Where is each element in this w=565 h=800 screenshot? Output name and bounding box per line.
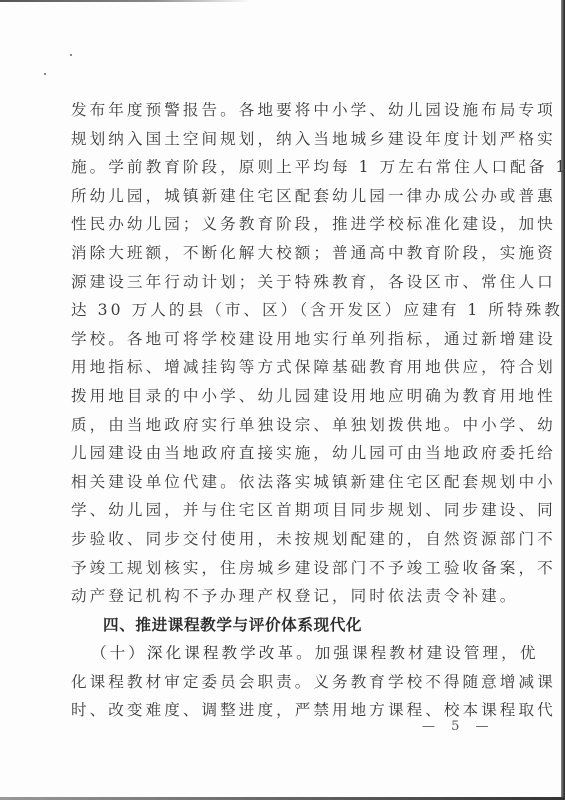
body-line: 性民办幼儿园；义务教育阶段，推进学校标准化建设，加快 bbox=[71, 210, 511, 239]
body-line: 发布年度预警报告。各地要将中小学、幼儿园设施布局专项 bbox=[71, 96, 511, 125]
subsection-first-line-text: 加强课程教材建设管理，优 bbox=[315, 644, 539, 662]
subsection-first-line: （十）深化课程教学改革。加强课程教材建设管理，优 bbox=[71, 639, 511, 668]
body-line: 学、幼儿园，并与住宅区首期项目同步规划、同步建设、同 bbox=[71, 496, 511, 525]
body-line: 规划纳入国土空间规划，纳入当地城乡建设年度计划严格实 bbox=[71, 125, 511, 154]
body-line: 相关建设单位代建。依法落实城镇新建住宅区配套规划中小 bbox=[71, 468, 511, 497]
scan-edge-top bbox=[0, 0, 250, 2]
body-line: 用地指标、增减挂钩等方式保障基础教育用地供应，符合划 bbox=[71, 353, 511, 382]
body-line: 步验收、同步交付使用，未按规划配建的，自然资源部门不 bbox=[71, 525, 511, 554]
body-line: 源建设三年行动计划；关于特殊教育，各设区市、常住人口 bbox=[71, 268, 511, 297]
body-line: 达 30 万人的县（市、区）（含开发区）应建有 1 所特殊教育 bbox=[71, 296, 511, 325]
body-line: 拨用地目录的中小学、幼儿园建设用地应明确为教育用地性 bbox=[71, 382, 511, 411]
body-line: 儿园建设由当地政府直接实施，幼儿园可由当地政府委托给 bbox=[71, 439, 511, 468]
body-line: 施。学前教育阶段，原则上平均每 1 万左右常住人口配备 1 bbox=[71, 153, 511, 182]
scan-speck bbox=[70, 54, 72, 56]
document-page: 发布年度预警报告。各地要将中小学、幼儿园设施布局专项 规划纳入国土空间规划，纳入… bbox=[71, 96, 511, 725]
body-line: 动产登记机构不予办理产权登记，同时依法责令补建。 bbox=[71, 582, 511, 611]
scan-speck bbox=[44, 73, 46, 75]
body-line: 予竣工规划核实，住房城乡建设部门不予竣工验收备案，不 bbox=[71, 554, 511, 583]
body-line: 质，由当地政府实行单独设宗、单独划拨供地。中小学、幼 bbox=[71, 411, 511, 440]
body-line: 学校。各地可将学校建设用地实行单列指标，通过新增建设 bbox=[71, 325, 511, 354]
subsection-label: （十）深化课程教学改革。 bbox=[91, 644, 315, 662]
page-number: — 5 — bbox=[422, 719, 495, 734]
scan-edge-right bbox=[561, 0, 565, 800]
body-line: 化课程教材审定委员会职责。义务教育学校不得随意增减课 bbox=[71, 668, 511, 697]
body-line: 消除大班额，不断化解大校额；普通高中教育阶段，实施资 bbox=[71, 239, 511, 268]
body-line: 所幼儿园，城镇新建住宅区配套幼儿园一律办成公办或普惠 bbox=[71, 182, 511, 211]
section-heading: 四、推进课程教学与评价体系现代化 bbox=[71, 611, 511, 640]
